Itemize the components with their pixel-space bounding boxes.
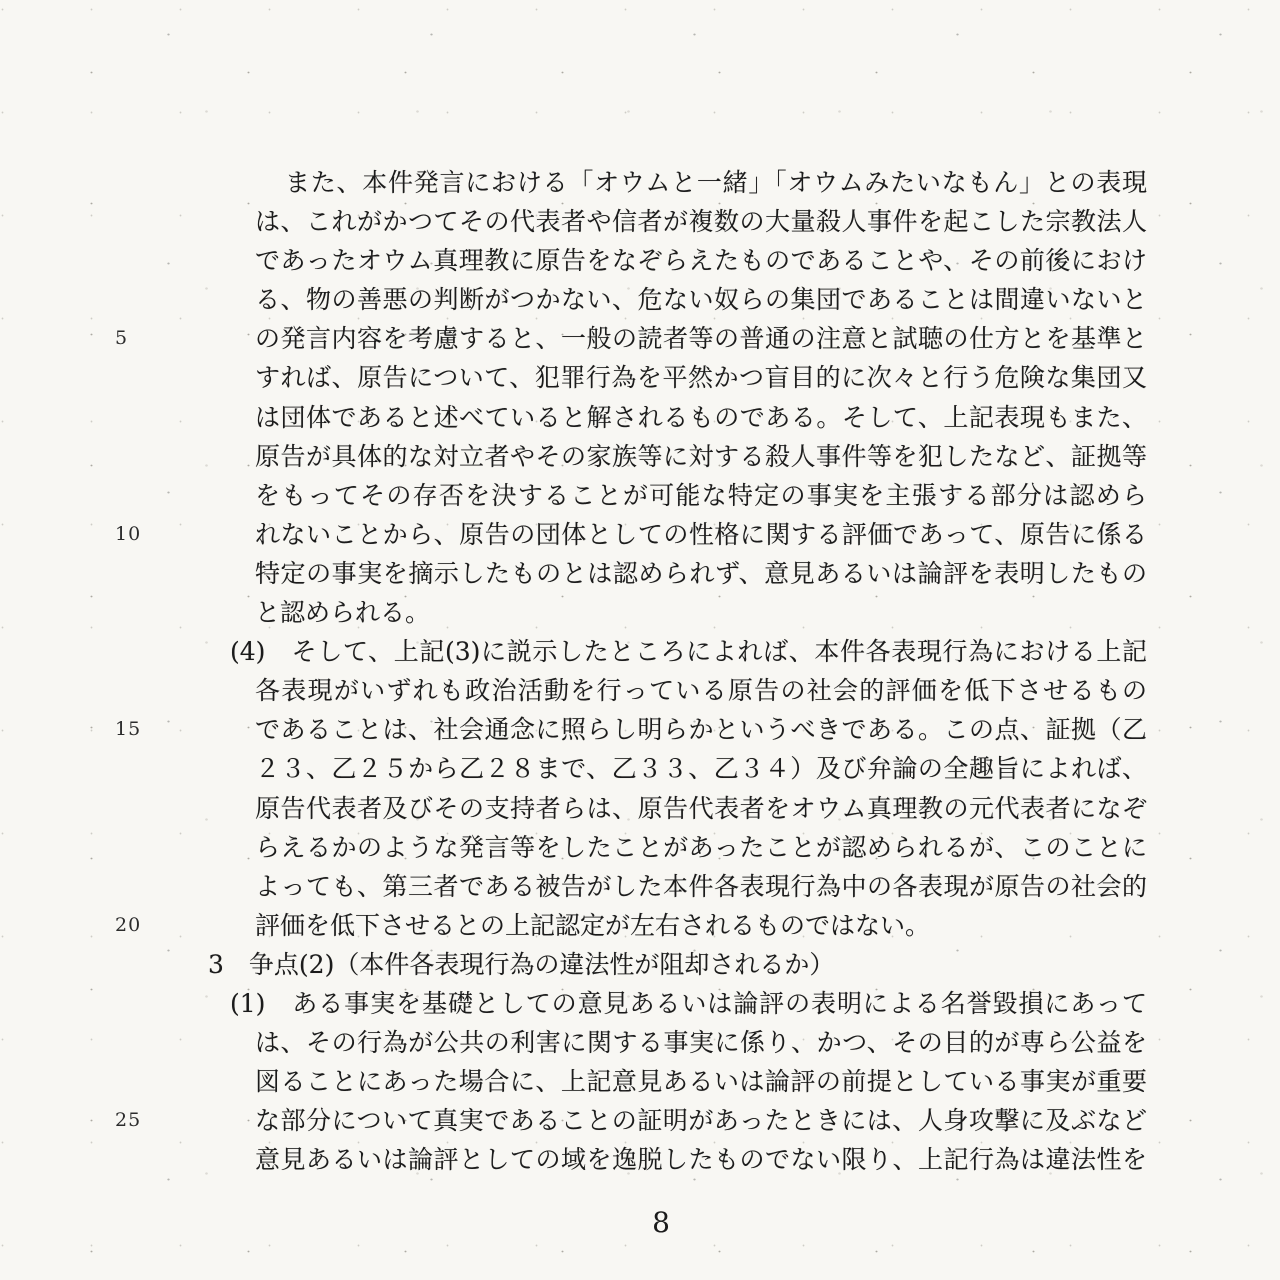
text-row: は団体であると述べていると解されるものである。そして、上記表現もまた、: [255, 398, 1147, 437]
text-row: 5 の発言内容を考慮すると、一般の読者等の普通の注意と試聴の仕方とを基準と: [255, 319, 1147, 358]
text-row: (1) ある事実を基礎としての意見あるいは論評の表明による名誉毀損にあって: [255, 984, 1147, 1023]
document-line: は、これがかつてその代表者や信者が複数の大量殺人事件を起こした宗教法人: [255, 202, 1147, 241]
text-row: (4) そして、上記(3)に説示したところによれば、本件各表現行為における上記: [255, 632, 1147, 671]
document-line: 特定の事実を摘示したものとは認められず、意見あるいは論評を表明したもの: [255, 554, 1147, 593]
text-row: すれば、原告について、犯罪行為を平然かつ盲目的に次々と行う危険な集団又: [255, 358, 1147, 397]
text-row: ２３、乙２５から乙２８まで、乙３３、乙３４）及び弁論の全趣旨によれば、: [255, 749, 1147, 788]
text-row: る、物の善悪の判断がつかない、危ない奴らの集団であることは間違いないと: [255, 280, 1147, 319]
document-line: 各表現がいずれも政治活動を行っている原告の社会的評価を低下させるもの: [255, 671, 1147, 710]
document-line: をもってその存否を決することが可能な特定の事実を主張する部分は認めら: [255, 476, 1147, 515]
document-body: また、本件発言における「オウムと一緒」「オウムみたいなもん」との表現 は、これが…: [255, 163, 1147, 1179]
document-line: と認められる。: [255, 593, 1147, 632]
margin-line-number: 25: [115, 1107, 159, 1133]
document-line-item-4: (4) そして、上記(3)に説示したところによれば、本件各表現行為における上記: [230, 632, 1147, 671]
document-line: よっても、第三者である被告がした本件各表現行為中の各表現が原告の社会的: [255, 867, 1147, 906]
scanned-document-page: また、本件発言における「オウムと一緒」「オウムみたいなもん」との表現 は、これが…: [0, 0, 1280, 1280]
document-line: は団体であると述べていると解されるものである。そして、上記表現もまた、: [255, 398, 1147, 437]
document-line: であることは、社会通念に照らし明らかというべきである。この点、証拠（乙: [255, 710, 1147, 749]
document-line: る、物の善悪の判断がつかない、危ない奴らの集団であることは間違いないと: [255, 280, 1147, 319]
text-row: は、これがかつてその代表者や信者が複数の大量殺人事件を起こした宗教法人: [255, 202, 1147, 241]
document-line: の発言内容を考慮すると、一般の読者等の普通の注意と試聴の仕方とを基準と: [255, 319, 1147, 358]
text-row: は、その行為が公共の利害に関する事実に係り、かつ、その目的が専ら公益を: [255, 1023, 1147, 1062]
text-row: をもってその存否を決することが可能な特定の事実を主張する部分は認めら: [255, 476, 1147, 515]
text-row: 25 な部分について真実であることの証明があったときには、人身攻撃に及ぶなど: [255, 1101, 1147, 1140]
document-line: であったオウム真理教に原告をなぞらえたものであることや、その前後におけ: [255, 241, 1147, 280]
margin-line-number: 15: [115, 716, 159, 742]
document-line: 原告が具体的な対立者やその家族等に対する殺人事件等を犯したなど、証拠等: [255, 437, 1147, 476]
text-row: また、本件発言における「オウムと一緒」「オウムみたいなもん」との表現: [255, 163, 1147, 202]
section-heading-3: 3 争点(2)（本件各表現行為の違法性が阻却されるか）: [208, 945, 1147, 984]
document-line: また、本件発言における「オウムと一緒」「オウムみたいなもん」との表現: [255, 163, 1147, 202]
text-row: と認められる。: [255, 593, 1147, 632]
text-row: 10 れないことから、原告の団体としての性格に関する評価であって、原告に係る: [255, 515, 1147, 554]
document-line: 原告代表者及びその支持者らは、原告代表者をオウム真理教の元代表者になぞ: [255, 789, 1147, 828]
text-row: 意見あるいは論評としての域を逸脱したものでない限り、上記行為は違法性を: [255, 1140, 1147, 1179]
margin-line-number: 20: [115, 912, 159, 938]
text-row: 特定の事実を摘示したものとは認められず、意見あるいは論評を表明したもの: [255, 554, 1147, 593]
text-row: 図ることにあった場合に、上記意見あるいは論評の前提としている事実が重要: [255, 1062, 1147, 1101]
document-line: 図ることにあった場合に、上記意見あるいは論評の前提としている事実が重要: [255, 1062, 1147, 1101]
text-row: 20 評価を低下させるとの上記認定が左右されるものではない。: [255, 906, 1147, 945]
document-line: は、その行為が公共の利害に関する事実に係り、かつ、その目的が専ら公益を: [255, 1023, 1147, 1062]
document-line: ２３、乙２５から乙２８まで、乙３３、乙３４）及び弁論の全趣旨によれば、: [255, 749, 1147, 788]
text-row: 原告代表者及びその支持者らは、原告代表者をオウム真理教の元代表者になぞ: [255, 789, 1147, 828]
text-row: であったオウム真理教に原告をなぞらえたものであることや、その前後におけ: [255, 241, 1147, 280]
document-line: な部分について真実であることの証明があったときには、人身攻撃に及ぶなど: [255, 1101, 1147, 1140]
document-line: らえるかのような発言等をしたことがあったことが認められるが、このことに: [255, 828, 1147, 867]
text-row: らえるかのような発言等をしたことがあったことが認められるが、このことに: [255, 828, 1147, 867]
text-row: 15 であることは、社会通念に照らし明らかというべきである。この点、証拠（乙: [255, 710, 1147, 749]
text-row: 各表現がいずれも政治活動を行っている原告の社会的評価を低下させるもの: [255, 671, 1147, 710]
text-row: 原告が具体的な対立者やその家族等に対する殺人事件等を犯したなど、証拠等: [255, 437, 1147, 476]
document-line: 評価を低下させるとの上記認定が左右されるものではない。: [255, 906, 1147, 945]
margin-line-number: 5: [115, 325, 159, 351]
document-line-item-1: (1) ある事実を基礎としての意見あるいは論評の表明による名誉毀損にあって: [230, 984, 1147, 1023]
document-line: すれば、原告について、犯罪行為を平然かつ盲目的に次々と行う危険な集団又: [255, 358, 1147, 397]
text-row: 3 争点(2)（本件各表現行為の違法性が阻却されるか）: [255, 945, 1147, 984]
text-row: よっても、第三者である被告がした本件各表現行為中の各表現が原告の社会的: [255, 867, 1147, 906]
margin-line-number: 10: [115, 521, 159, 547]
page-number: 8: [616, 1206, 706, 1239]
document-line: れないことから、原告の団体としての性格に関する評価であって、原告に係る: [255, 515, 1147, 554]
document-line: 意見あるいは論評としての域を逸脱したものでない限り、上記行為は違法性を: [255, 1140, 1147, 1179]
